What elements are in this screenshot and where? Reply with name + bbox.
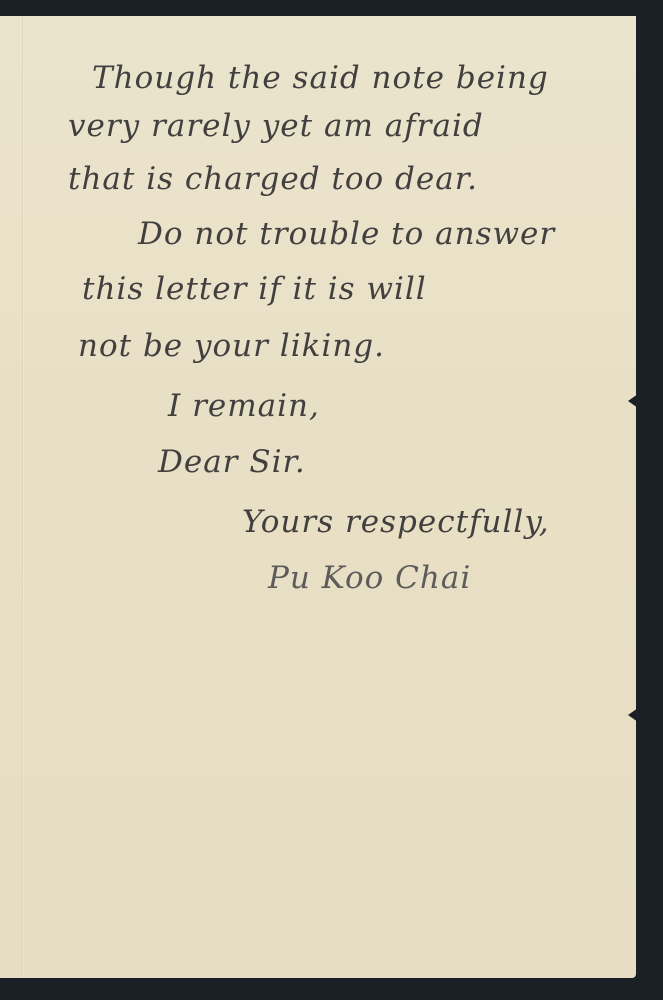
closing-line: I remain,	[168, 388, 320, 424]
letter-line-5: this letter if it is will	[82, 271, 427, 307]
letter-line-6: not be your liking.	[78, 328, 385, 364]
salutation-line: Dear Sir.	[158, 444, 306, 480]
letter-line-1: Though the said note being	[92, 60, 549, 96]
page-tear-notch	[628, 394, 638, 408]
page-tear-notch	[628, 708, 638, 722]
valediction-line: Yours respectfully,	[242, 504, 550, 540]
letter-line-3: that is charged too dear.	[68, 161, 478, 197]
letter-line-2: very rarely yet am afraid	[68, 108, 484, 144]
letter-line-4: Do not trouble to answer	[138, 216, 555, 252]
letter-page: Though the said note being very rarely y…	[0, 16, 636, 978]
page-fold	[22, 16, 24, 978]
signature: Pu Koo Chai	[268, 560, 471, 596]
